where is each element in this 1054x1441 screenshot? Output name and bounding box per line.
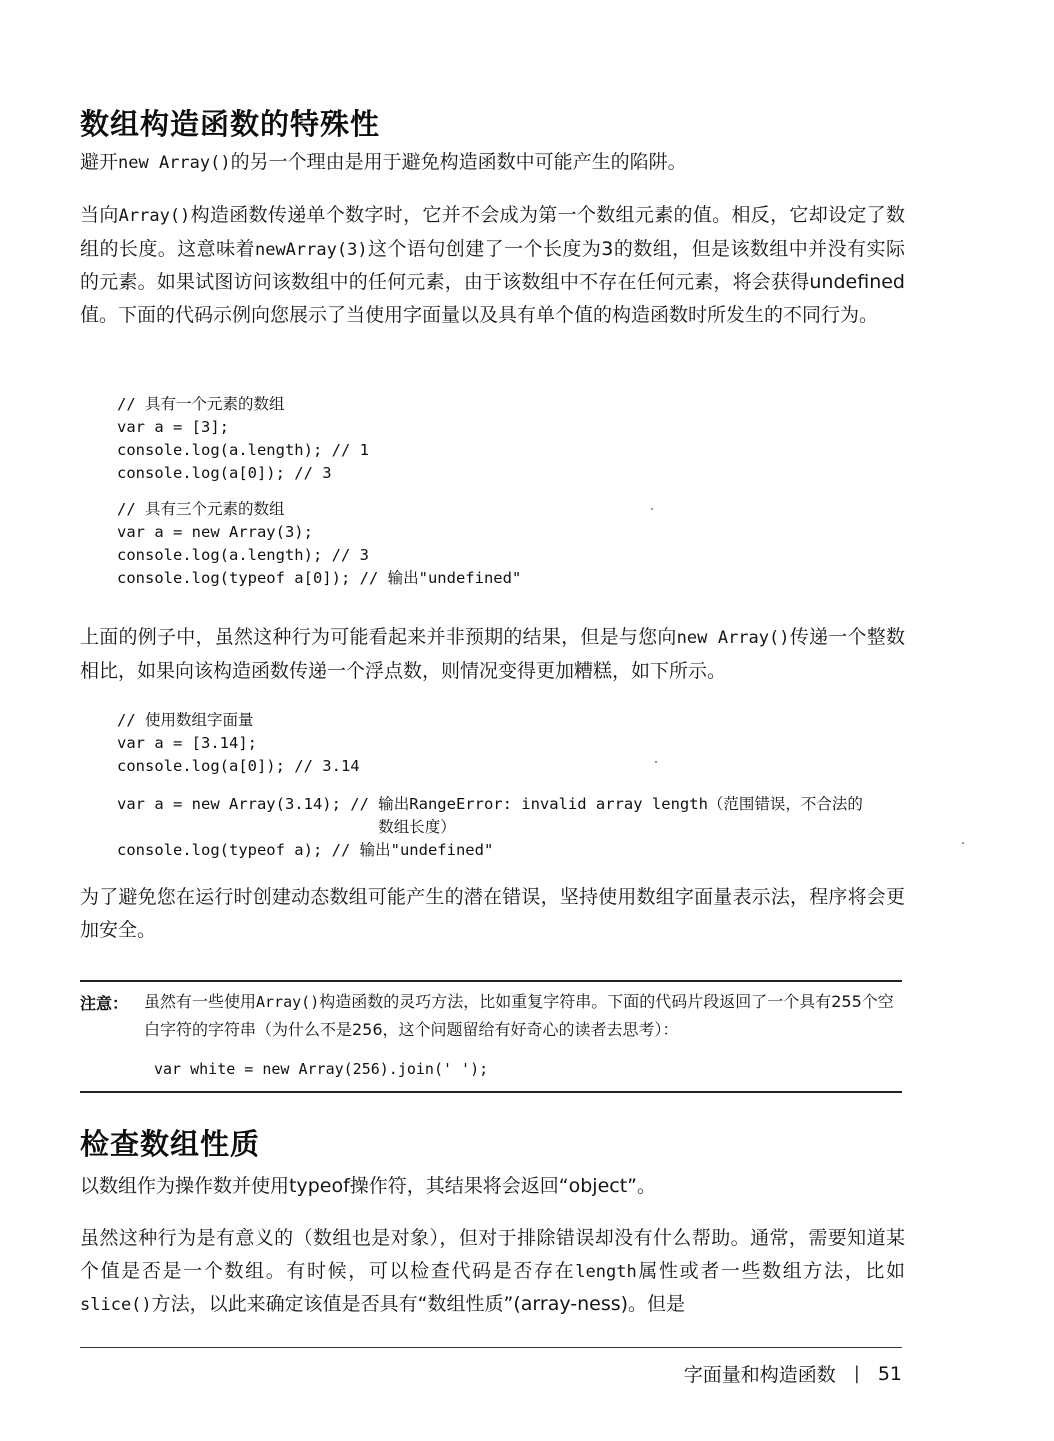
section-title: 数组构造函数的特殊性 (80, 102, 380, 143)
body-paragraph: 为了避免您在运行时创建动态数组可能产生的潜在错误，坚持使用数组字面量表示法，程序… (80, 881, 905, 946)
footer-rule (80, 1347, 902, 1348)
intro-paragraph: 避开new Array()的另一个理由是用于避免构造函数中可能产生的陷阱。 (80, 146, 905, 180)
page-footer: 字面量和构造函数 | 51 (684, 1360, 902, 1387)
note-bottom-rule (80, 1091, 902, 1093)
code-block: // 具有三个元素的数组var a = new Array(3);console… (117, 498, 521, 590)
section-title: 检查数组性质 (80, 1122, 260, 1163)
scan-speck (962, 842, 964, 844)
body-paragraph: 以数组作为操作数并使用typeof操作符，其结果将会返回“object”。 (80, 1170, 905, 1203)
scan-speck (651, 508, 653, 510)
body-paragraph: 虽然这种行为是有意义的（数组也是对象），但对于排除错误却没有什么帮助。通常，需要… (80, 1222, 905, 1322)
note-code: var white = new Array(256).join(' '); (154, 1060, 488, 1078)
inline-code: Array() (119, 206, 191, 226)
scan-speck (655, 761, 657, 763)
code-block: // 具有一个元素的数组var a = [3];console.log(a.le… (117, 393, 369, 485)
code-block: // 使用数组字面量var a = [3.14];console.log(a[0… (117, 709, 360, 778)
note-top-rule (80, 980, 902, 982)
inline-code: length (575, 1262, 636, 1282)
body-paragraph: 当向Array()构造函数传递单个数字时，它并不会成为第一个数组元素的值。相反，… (80, 199, 905, 331)
note-label: 注意： (80, 991, 128, 1014)
inline-code: new Array() (677, 628, 790, 648)
inline-code: Array() (256, 993, 319, 1011)
inline-code: newArray(3) (255, 240, 368, 260)
page-number: 51 (878, 1363, 902, 1385)
inline-code: new Array() (118, 153, 231, 173)
footer-separator: | (854, 1363, 860, 1384)
code-block: var a = new Array(3.14); // 输出RangeError… (117, 793, 863, 862)
note-text: 虽然有一些使用Array()构造函数的灵巧方法，比如重复字符串。下面的代码片段返… (144, 988, 904, 1044)
chapter-title: 字面量和构造函数 (684, 1360, 836, 1387)
inline-code: slice() (80, 1295, 152, 1315)
body-paragraph: 上面的例子中，虽然这种行为可能看起来并非预期的结果，但是与您向new Array… (80, 621, 905, 687)
